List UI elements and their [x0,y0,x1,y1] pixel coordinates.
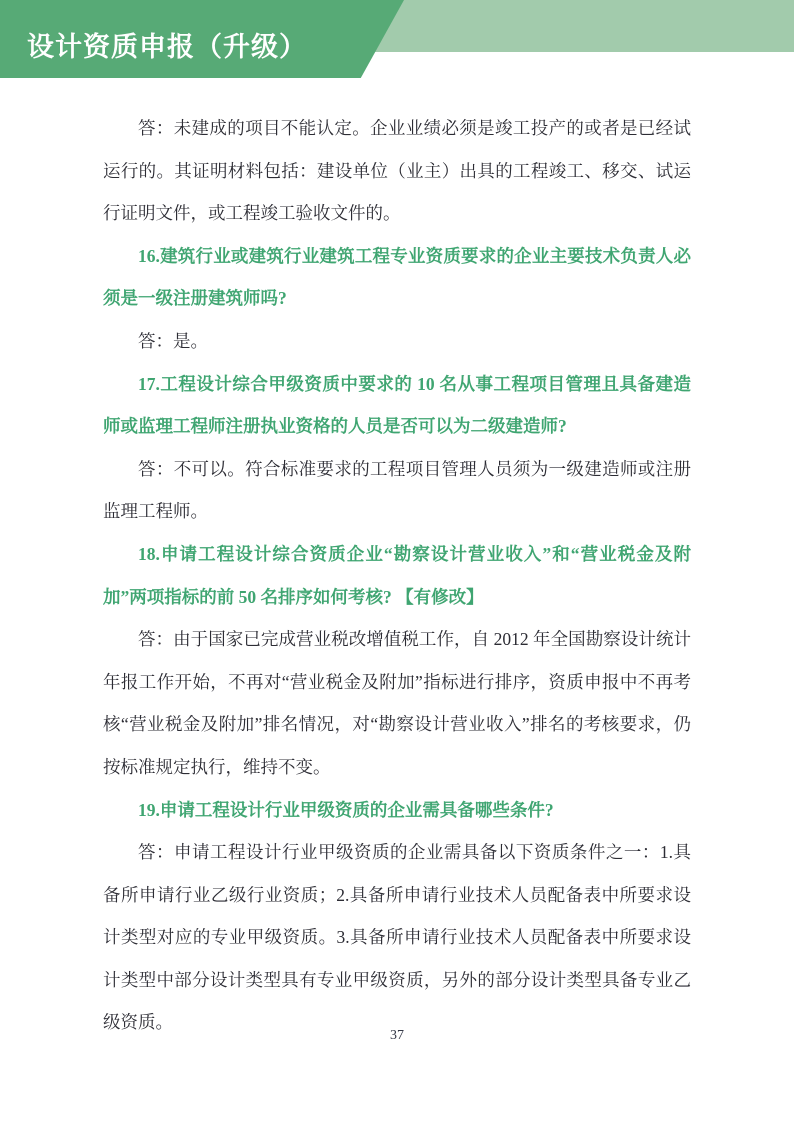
answer-15: 答：未建成的项目不能认定。企业业绩必须是竣工投产的或者是已经试运行的。其证明材料… [103,107,691,235]
answer-18: 答：由于国家已完成营业税改增值税工作，自 2012 年全国勘察设计统计年报工作开… [103,618,691,788]
question-16: 16.建筑行业或建筑行业建筑工程专业资质要求的企业主要技术负责人必须是一级注册建… [103,235,691,320]
answer-19: 答：申请工程设计行业甲级资质的企业需具备以下资质条件之一：1.具备所申请行业乙级… [103,831,691,1044]
document-page: 设计资质申报（升级） 答：未建成的项目不能认定。企业业绩必须是竣工投产的或者是已… [0,0,794,1123]
question-17: 17.工程设计综合甲级资质中要求的 10 名从事工程项目管理且具备建造师或监理工… [103,363,691,448]
header-banner: 设计资质申报（升级） [0,0,404,78]
answer-16: 答：是。 [103,320,691,363]
page-title: 设计资质申报（升级） [0,15,307,64]
answer-17: 答：不可以。符合标准要求的工程项目管理人员须为一级建造师或注册监理工程师。 [103,448,691,533]
qa-content: 答：未建成的项目不能认定。企业业绩必须是竣工投产的或者是已经试运行的。其证明材料… [103,107,691,1044]
question-18: 18.申请工程设计综合资质企业“勘察设计营业收入”和“营业税金及附加”两项指标的… [103,533,691,618]
question-19: 19.申请工程设计行业甲级资质的企业需具备哪些条件? [103,789,691,832]
page-number: 37 [0,1028,794,1044]
